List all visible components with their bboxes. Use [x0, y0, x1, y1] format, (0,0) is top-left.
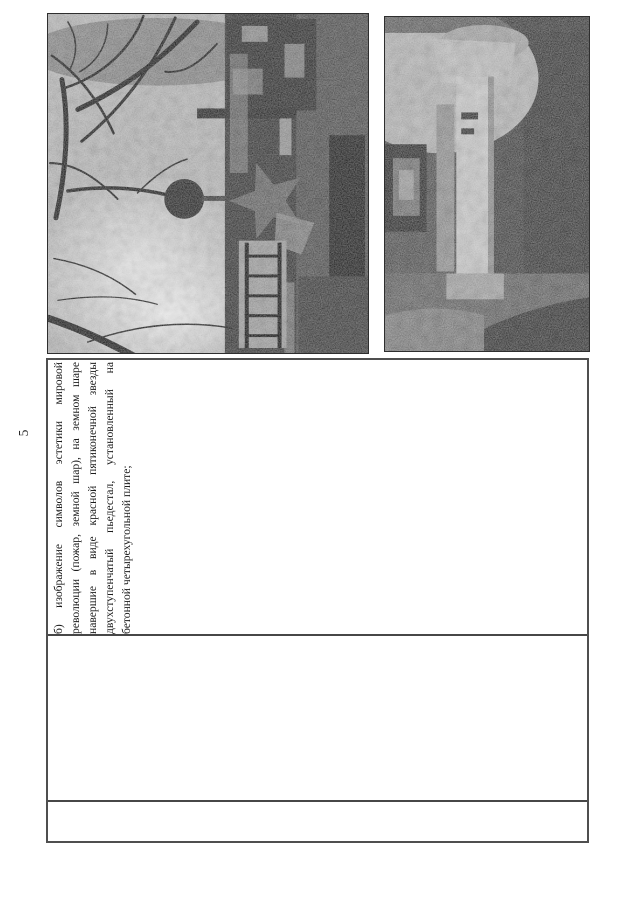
photo-monument-overview: [47, 13, 369, 354]
document-table: б) изображение символов эстетики мировой…: [46, 358, 589, 843]
scanned-document-page: 5: [0, 0, 640, 904]
table-row-empty-1: [48, 636, 587, 802]
description-line: революции (пожар, земной шар), на земном…: [67, 362, 84, 634]
description-line: б) изображение символов эстетики мировой: [50, 362, 67, 634]
table-row-empty-2: [48, 802, 587, 839]
description-line: бетонной четырехугольной плите;: [118, 362, 135, 634]
description-cell: б) изображение символов эстетики мировой…: [50, 362, 140, 634]
description-line: навершие в виде красной пятиконечной зве…: [84, 362, 101, 634]
description-line: двухступенчатый пьедестал, установленный…: [101, 362, 118, 634]
description-rotated-text: б) изображение символов эстетики мировой…: [50, 362, 140, 634]
photo-monument-pedestal: [384, 16, 590, 352]
photo-monument-overview-image: [48, 14, 368, 353]
page-number: 5: [14, 423, 34, 443]
photo-monument-pedestal-image: [385, 17, 589, 351]
table-row-description: б) изображение символов эстетики мировой…: [48, 360, 587, 636]
